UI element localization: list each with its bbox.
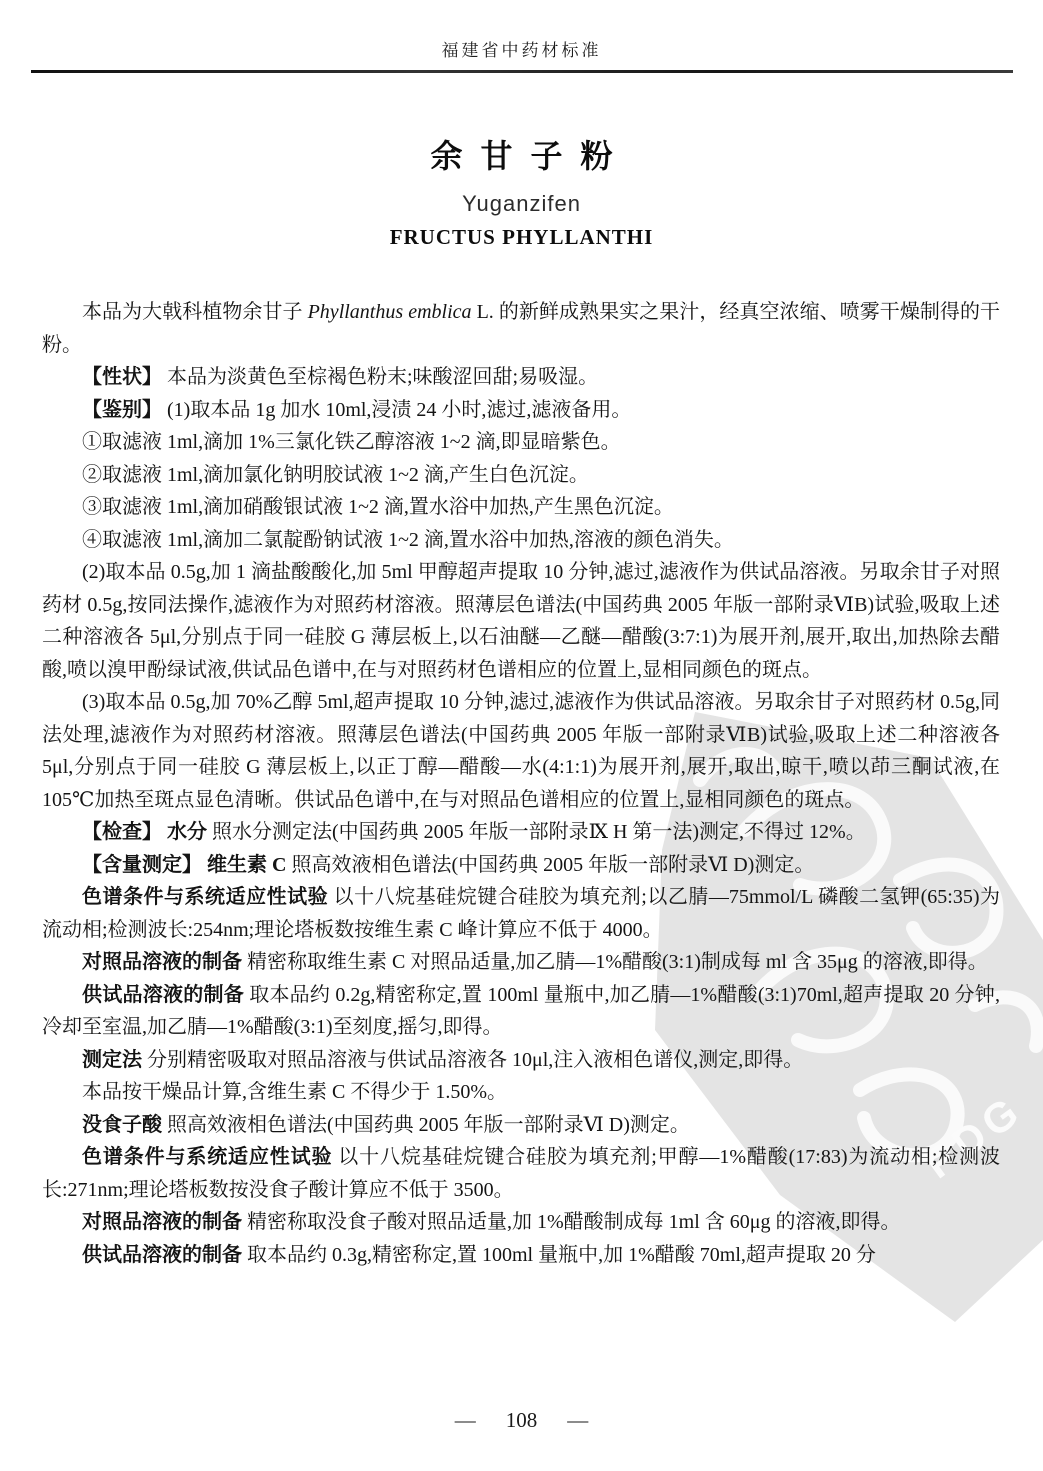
paragraph: 【检查】 水分 照水分测定法(中国药典 2005 年版一部附录Ⅸ H 第一法)测… <box>42 816 1000 849</box>
paragraph: ①取滤液 1ml,滴加 1%三氯化铁乙醇溶液 1~2 滴,即显暗紫色。 <box>42 426 1000 459</box>
paragraph: 对照品溶液的制备 精密称取没食子酸对照品适量,加 1%醋酸制成每 1ml 含 6… <box>42 1206 1000 1239</box>
text-segment-normal: ③取滤液 1ml,滴加硝酸银试液 1~2 滴,置水浴中加热,产生黑色沉淀。 <box>82 496 674 518</box>
text-segment-normal: 精密称取没食子酸对照品适量,加 1%醋酸制成每 1ml 含 60μg 的溶液,即… <box>242 1211 901 1233</box>
text-segment-bold: 【含量测定】 维生素 C <box>82 854 286 876</box>
scanned-document-page: PDG 福建省中药材标准 余甘子粉 Yuganzifen FRUCTUS PHY… <box>0 0 1043 1471</box>
paragraph: ④取滤液 1ml,滴加二氯靛酚钠试液 1~2 滴,置水浴中加热,溶液的颜色消失。 <box>42 524 1000 557</box>
text-segment-normal: ②取滤液 1ml,滴加氯化钠明胶试液 1~2 滴,产生白色沉淀。 <box>82 464 589 486</box>
text-segment-normal: ①取滤液 1ml,滴加 1%三氯化铁乙醇溶液 1~2 滴,即显暗紫色。 <box>82 431 621 453</box>
paragraph: 【含量测定】 维生素 C 照高效液相色谱法(中国药典 2005 年版一部附录Ⅵ … <box>42 849 1000 882</box>
paragraph: 对照品溶液的制备 精密称取维生素 C 对照品适量,加乙腈—1%醋酸(3:1)制成… <box>42 946 1000 979</box>
text-segment-bold: 供试品溶液的制备 <box>82 1244 242 1266</box>
text-segment-bold: 色谱条件与系统适应性试验 <box>82 1146 332 1168</box>
paragraph: 没食子酸 照高效液相色谱法(中国药典 2005 年版一部附录Ⅵ D)测定。 <box>42 1109 1000 1142</box>
paragraph: 色谱条件与系统适应性试验 以十八烷基硅烷键合硅胶为填充剂;以乙腈—75mmol/… <box>42 881 1000 946</box>
text-segment-bold: 【性状】 <box>82 366 162 388</box>
text-segment-normal: (1)取本品 1g 加水 10ml,浸渍 24 小时,滤过,滤液备用。 <box>162 399 631 421</box>
text-segment-bold: 对照品溶液的制备 <box>82 1211 242 1233</box>
text-segment-normal: 本品为大戟科植物余甘子 <box>82 301 308 323</box>
paragraph: 【鉴别】 (1)取本品 1g 加水 10ml,浸渍 24 小时,滤过,滤液备用。 <box>42 394 1000 427</box>
text-segment-bold: 对照品溶液的制备 <box>82 951 242 973</box>
text-segment-normal: 分别精密吸取对照品溶液与供试品溶液各 10μl,注入液相色谱仪,测定,即得。 <box>142 1049 803 1071</box>
paragraph: 本品按干燥品计算,含维生素 C 不得少于 1.50%。 <box>42 1076 1000 1109</box>
paragraph: (2)取本品 0.5g,加 1 滴盐酸酸化,加 5ml 甲醇超声提取 10 分钟… <box>42 556 1000 686</box>
header-rule <box>31 70 1013 73</box>
paragraph: 供试品溶液的制备 取本品约 0.3g,精密称定,置 100ml 量瓶中,加 1%… <box>42 1239 1000 1272</box>
running-header: 福建省中药材标准 <box>0 0 1043 61</box>
monograph-title-chinese: 余甘子粉 <box>0 131 1043 177</box>
paragraph: 供试品溶液的制备 取本品约 0.2g,精密称定,置 100ml 量瓶中,加乙腈—… <box>42 979 1000 1044</box>
footer-dash-left: — <box>455 1408 476 1433</box>
text-segment-bold: 供试品溶液的制备 <box>82 984 244 1006</box>
paragraph: (3)取本品 0.5g,加 70%乙醇 5ml,超声提取 10 分钟,滤过,滤液… <box>42 686 1000 816</box>
title-block: 余甘子粉 Yuganzifen FRUCTUS PHYLLANTHI <box>0 131 1043 250</box>
text-segment-normal: 精密称取维生素 C 对照品适量,加乙腈—1%醋酸(3:1)制成每 ml 含 35… <box>242 951 988 973</box>
footer-page-number: 108 <box>506 1408 538 1432</box>
text-segment-bold: 测定法 <box>82 1049 142 1071</box>
text-segment-normal: 本品按干燥品计算,含维生素 C 不得少于 1.50%。 <box>82 1081 507 1103</box>
text-segment-italic: Phyllanthus emblica <box>308 301 472 323</box>
paragraph: 测定法 分别精密吸取对照品溶液与供试品溶液各 10μl,注入液相色谱仪,测定,即… <box>42 1044 1000 1077</box>
paragraph: ②取滤液 1ml,滴加氯化钠明胶试液 1~2 滴,产生白色沉淀。 <box>42 459 1000 492</box>
paragraph: 色谱条件与系统适应性试验 以十八烷基硅烷键合硅胶为填充剂;甲醇—1%醋酸(17:… <box>42 1141 1000 1206</box>
page-footer: —108— <box>0 1408 1043 1433</box>
text-segment-normal: 取本品约 0.3g,精密称定,置 100ml 量瓶中,加 1%醋酸 70ml,超… <box>242 1244 876 1266</box>
text-segment-bold: 色谱条件与系统适应性试验 <box>82 886 328 908</box>
text-segment-normal: 照水分测定法(中国药典 2005 年版一部附录Ⅸ H 第一法)测定,不得过 12… <box>207 821 866 843</box>
paragraph: ③取滤液 1ml,滴加硝酸银试液 1~2 滴,置水浴中加热,产生黑色沉淀。 <box>42 491 1000 524</box>
paragraph: 【性状】 本品为淡黄色至棕褐色粉末;味酸涩回甜;易吸湿。 <box>42 361 1000 394</box>
text-segment-bold: 【鉴别】 <box>82 399 162 421</box>
monograph-title-pinyin: Yuganzifen <box>0 191 1043 217</box>
text-segment-normal: 照高效液相色谱法(中国药典 2005 年版一部附录Ⅵ D)测定。 <box>286 854 814 876</box>
text-segment-normal: ④取滤液 1ml,滴加二氯靛酚钠试液 1~2 滴,置水浴中加热,溶液的颜色消失。 <box>82 529 734 551</box>
monograph-title-latin: FRUCTUS PHYLLANTHI <box>0 225 1043 250</box>
text-segment-normal: 照高效液相色谱法(中国药典 2005 年版一部附录Ⅵ D)测定。 <box>162 1114 690 1136</box>
text-segment-normal: (3)取本品 0.5g,加 70%乙醇 5ml,超声提取 10 分钟,滤过,滤液… <box>42 691 1000 811</box>
text-segment-bold: 没食子酸 <box>82 1114 162 1136</box>
paragraph: 本品为大戟科植物余甘子 Phyllanthus emblica L. 的新鲜成熟… <box>42 296 1000 361</box>
text-segment-bold: 【检查】 水分 <box>82 821 207 843</box>
text-segment-normal: 本品为淡黄色至棕褐色粉末;味酸涩回甜;易吸湿。 <box>162 366 598 388</box>
text-segment-normal: (2)取本品 0.5g,加 1 滴盐酸酸化,加 5ml 甲醇超声提取 10 分钟… <box>42 561 1000 681</box>
footer-dash-right: — <box>567 1408 588 1433</box>
document-body: 本品为大戟科植物余甘子 Phyllanthus emblica L. 的新鲜成熟… <box>42 296 1000 1271</box>
